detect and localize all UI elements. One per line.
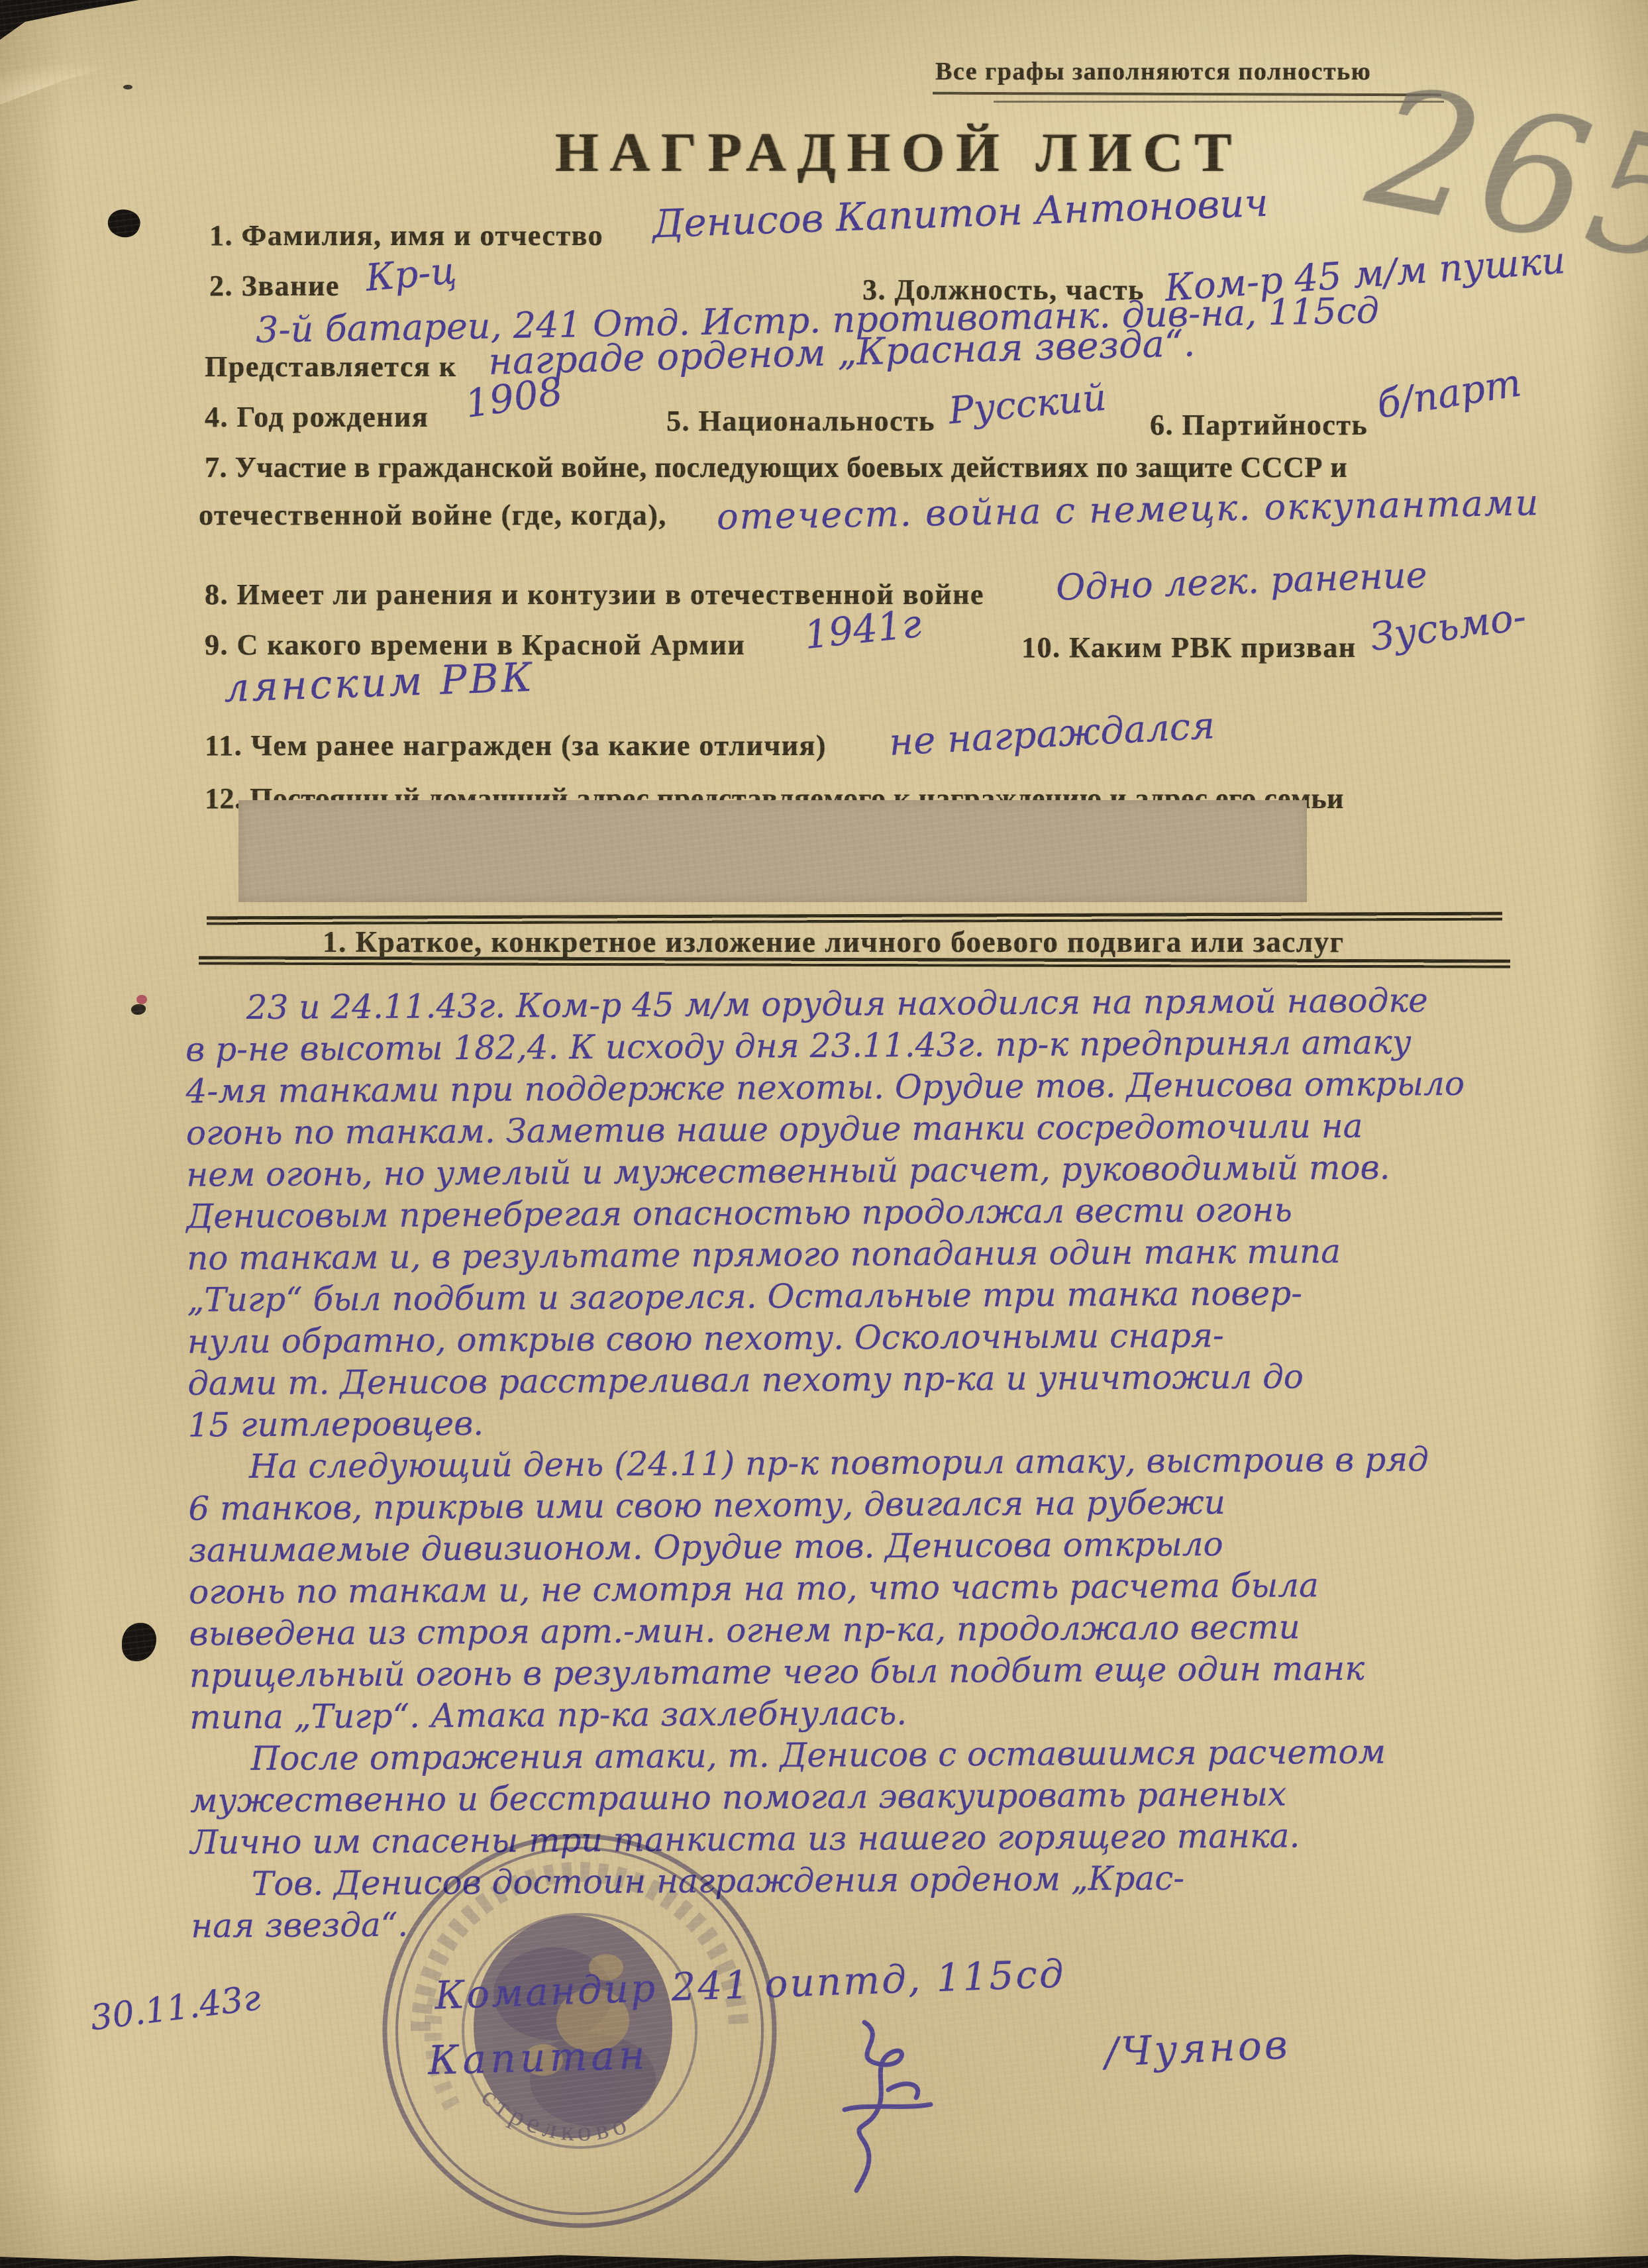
paper-speck xyxy=(123,85,132,89)
field-6-label: 6. Партийность xyxy=(1150,408,1368,442)
ink-blot xyxy=(104,205,143,242)
field-11-label: 11. Чем ранее награжден (за какие отличи… xyxy=(205,729,827,762)
field-11-value: не награждался xyxy=(888,704,1216,764)
red-speck xyxy=(136,995,147,1004)
commander-rank: Капитан xyxy=(427,2032,649,2085)
document-title: НАГРАДНОЙ ЛИСТ xyxy=(555,121,1243,185)
field-5-label: 5. Национальность xyxy=(666,404,935,438)
torn-corner-highlight xyxy=(0,5,219,105)
field-7-label-line2: отечественной войне (где, когда), xyxy=(199,498,667,532)
commander-signature-squiggle xyxy=(825,2010,984,2209)
field-4-value: 1908 xyxy=(462,368,566,427)
field-10-label: 10. Каким РВК призван xyxy=(1021,631,1357,664)
section-header: 1. Краткое, конкретное изложение личного… xyxy=(323,925,1344,959)
present-label: Представляется к xyxy=(205,350,457,384)
field-7-value: отечест. война с немецк. оккупантами xyxy=(717,482,1540,538)
field-2-value: Кр-ц xyxy=(364,249,458,300)
award-sheet-document: Все графы заполняются полностью НАГРАДНО… xyxy=(0,0,1648,2268)
signature-name: /Чуянов xyxy=(1104,2022,1291,2076)
field-10-value-line1: Зусьмо- xyxy=(1367,593,1529,660)
citation-body: 23 и 24.11.43г. Ком-р 45 м/м орудия нахо… xyxy=(185,978,1622,1947)
field-2-label: 2. Звание xyxy=(209,269,340,303)
corner-note-underline-1 xyxy=(933,92,1441,97)
field-7-label-line1: 7. Участие в гражданской войне, последую… xyxy=(205,450,1347,484)
small-mark xyxy=(131,1004,146,1015)
field-8-value: Одно легк. ранение xyxy=(1055,554,1427,609)
margin-hole xyxy=(122,1623,156,1661)
field-4-label: 4. Год рождения xyxy=(205,400,429,434)
section-rule-top xyxy=(207,912,1502,925)
redacted-address-block xyxy=(238,800,1307,902)
field-10-value-line2: лянским РВК xyxy=(223,654,535,711)
footer-date: 30.11.43г xyxy=(88,1979,262,2039)
field-6-value: б/парт xyxy=(1374,360,1524,427)
field-5-value: Русский xyxy=(947,376,1108,433)
field-1-value: Денисов Капитон Антонович xyxy=(652,180,1269,246)
field-1-label: 1. Фамилия, имя и отчество xyxy=(209,219,603,252)
corner-note-underline-2 xyxy=(994,101,1444,103)
corner-note: Все графы заполняются полностью xyxy=(935,57,1371,86)
scan-edge-bottom xyxy=(0,2251,1648,2268)
